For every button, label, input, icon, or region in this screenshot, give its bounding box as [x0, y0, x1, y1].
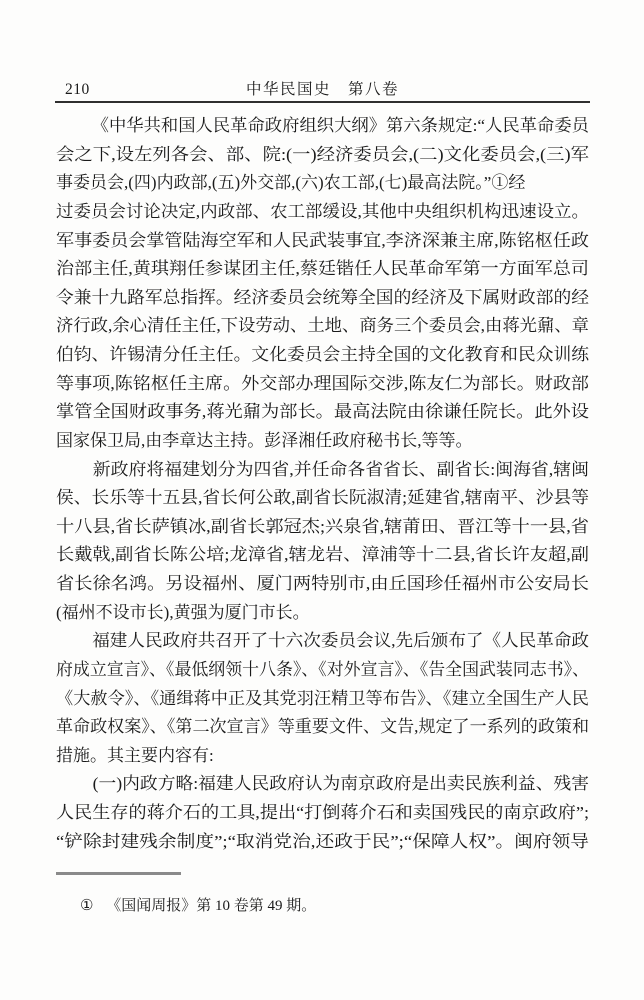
- body-text-line: 福建人民政府共召开了十六次委员会议,先后颁布了《人民革命政: [56, 627, 589, 656]
- body-text-line: 府成立宣言》、《最低纲领十八条》、《对外宣言》、《告全国武装同志书》、: [56, 656, 589, 685]
- header-rule: [55, 101, 590, 103]
- running-head-title: 中华民国史 第八卷: [56, 80, 589, 100]
- footnote: ① 《国闻周报》第 10 卷第 49 期。: [80, 896, 316, 916]
- body-text-line: 革命政权案》、《第二次宣言》等重要文件、文告,规定了一系列的政策和: [56, 713, 589, 742]
- body-text-line: 《大赦令》、《通缉蒋中正及其党羽汪精卫等布告》、《建立全国生产人民: [56, 685, 589, 714]
- body-text-line: 济行政,余心清任主任,下设劳动、土地、商务三个委员会,由蒋光鼐、章: [56, 312, 589, 341]
- running-head: 210 中华民国史 第八卷: [56, 80, 589, 100]
- body-text-line: 伯钧、许锡清分任主任。文化委员会主持全国的文化教育和民众训练: [56, 341, 589, 370]
- body-text-line: 掌管全国财政事务,蒋光鼐为部长。最高法院由徐谦任院长。此外设: [56, 398, 589, 427]
- footnote-marker: ①: [80, 898, 93, 914]
- body-text-line: 国家保卫局,由李章达主持。彭泽湘任政府秘书长,等等。: [56, 427, 589, 456]
- body-text-line: “铲除封建残余制度”;“取消党治,还政于民”;“保障人权”。闽府领导: [56, 828, 589, 857]
- body-text-line: (一)内政方略:福建人民政府认为南京政府是出卖民族利益、残害: [56, 770, 589, 799]
- book-page: 210 中华民国史 第八卷 《中华共和国人民革命政府组织大纲》第六条规定:“人民…: [0, 0, 644, 1000]
- body-text-line: 长戴戟,副省长陈公培;龙漳省,辖龙岩、漳浦等十二县,省长许友超,副: [56, 541, 589, 570]
- body-text-line: 《中华共和国人民革命政府组织大纲》第六条规定:“人民革命委员: [56, 112, 589, 141]
- body-text-line: 令兼十九路军总指挥。经济委员会统筹全国的经济及下属财政部的经: [56, 284, 589, 313]
- body-text-line: 十八县,省长萨镇冰,副省长郭冠杰;兴泉省,辖莆田、晋江等十一县,省: [56, 513, 589, 542]
- body-text-line: 新政府将福建划分为四省,并任命各省省长、副省长:闽海省,辖闽: [56, 456, 589, 485]
- body-text-line: (福州不设市长),黄强为厦门市长。: [56, 599, 589, 628]
- body-text-line: 人民生存的蒋介石的工具,提出“打倒蒋介石和卖国残民的南京政府”;: [56, 799, 589, 828]
- body-text-line: 等事项,陈铭枢任主席。外交部办理国际交涉,陈友仁为部长。财政部: [56, 370, 589, 399]
- body-text-line: 措施。其主要内容有:: [56, 742, 589, 771]
- body-text-line: 省长徐名鸿。另设福州、厦门两特别市,由丘国珍任福州市公安局长: [56, 570, 589, 599]
- footnote-separator-rule: [56, 872, 181, 875]
- body-text-line: 治部主任,黄琪翔任参谋团主任,蔡廷锴任人民革命军第一方面军总司: [56, 255, 589, 284]
- body-text: 《中华共和国人民革命政府组织大纲》第六条规定:“人民革命委员会之下,设左列各会、…: [56, 112, 589, 856]
- body-text-line: 事委员会,(四)内政部,(五)外交部,(六)农工部,(七)最高法院。”①经: [56, 169, 589, 198]
- footnote-text: 《国闻周报》第 10 卷第 49 期。: [106, 898, 316, 914]
- body-text-line: 过委员会讨论决定,内政部、农工部缓设,其他中央组织机构迅速设立。: [56, 198, 589, 227]
- body-text-line: 侯、长乐等十五县,省长何公敢,副省长阮淑清;延建省,辖南平、沙县等: [56, 484, 589, 513]
- body-text-line: 会之下,设左列各会、部、院:(一)经济委员会,(二)文化委员会,(三)军: [56, 141, 589, 170]
- body-text-line: 军事委员会掌管陆海空军和人民武装事宜,李济深兼主席,陈铭枢任政: [56, 227, 589, 256]
